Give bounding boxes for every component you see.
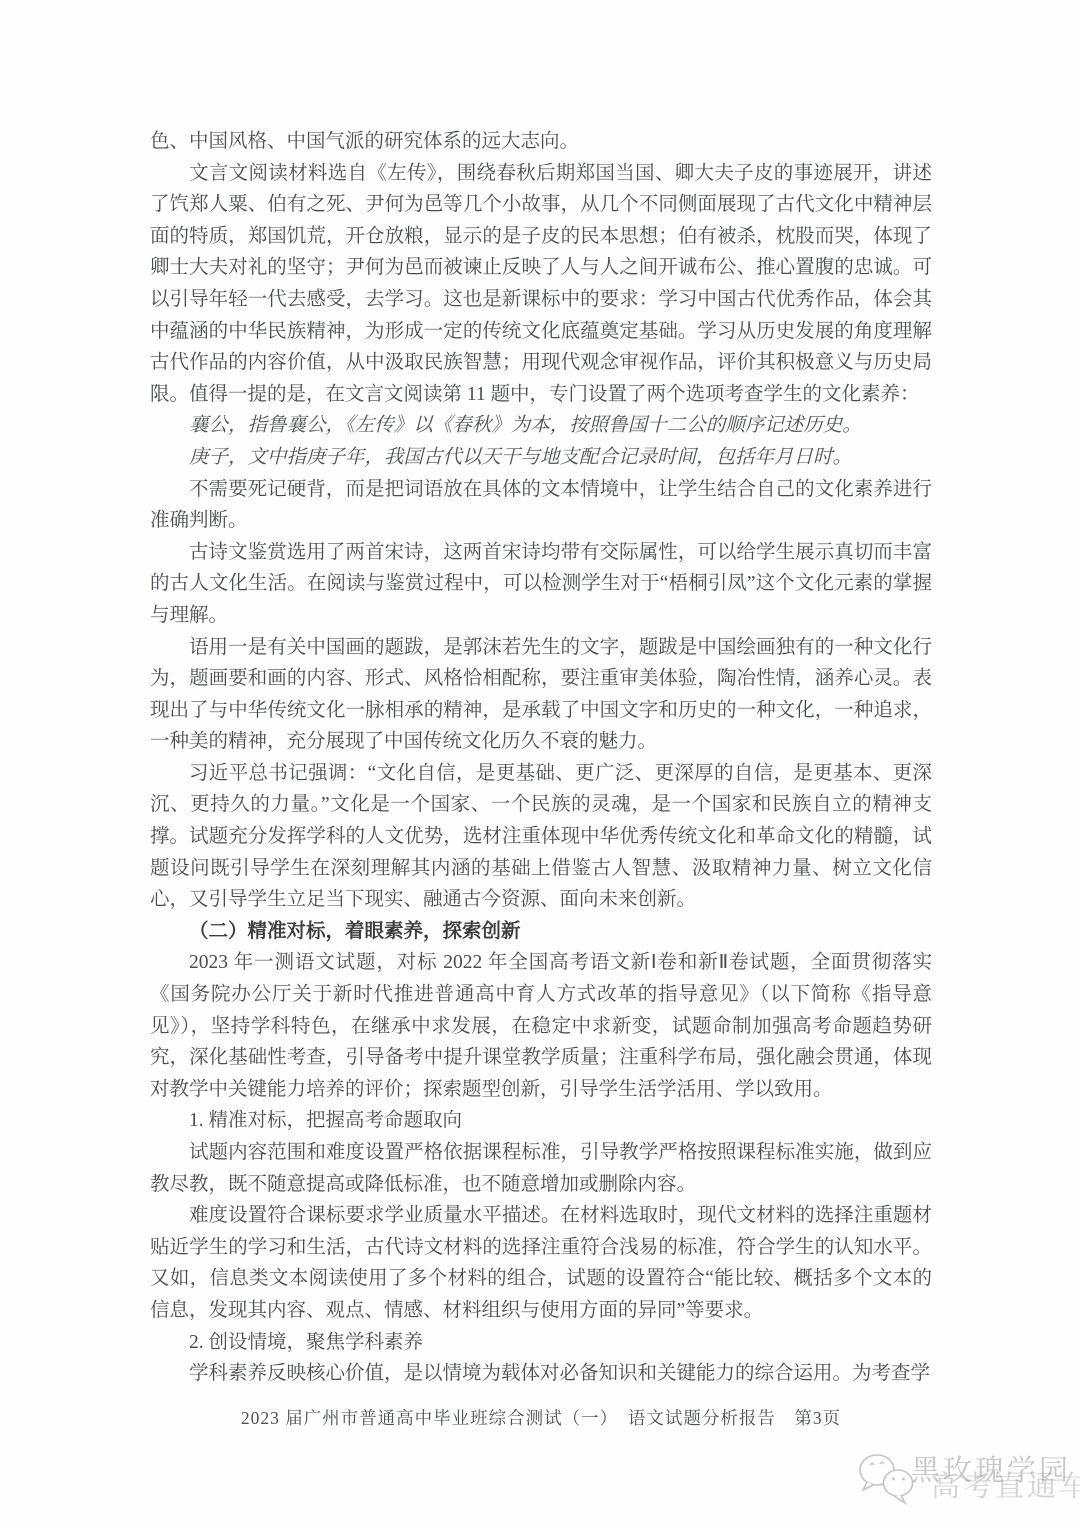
paragraph: 色、中国风格、中国气派的研究体系的远大志向。 — [150, 126, 932, 158]
watermark-text-2: 高考直通车 — [931, 1464, 1080, 1505]
paragraph: 习近平总书记强调：“文化自信，是更基础、更广泛、更深厚的自信，是更基本、更深沉、… — [150, 758, 932, 916]
paragraph: 文言文阅读材料选自《左传》，围绕春秋后期郑国当国、卿大夫子皮的事迹展开，讲述了饩… — [150, 158, 932, 411]
paragraph: 语用一是有关中国画的题跋，是郭沫若先生的文字，题跋是中国绘画独有的一种文化行为，… — [150, 632, 932, 758]
paragraph: 1. 精准对标，把握高考命题取向 — [150, 1105, 932, 1137]
paragraph: 不需要死记硬背，而是把词语放在具体的文本情境中，让学生结合自己的文化素养进行准确… — [150, 474, 932, 537]
paragraph: 2. 创设情境，聚焦学科素养 — [150, 1327, 932, 1359]
document-page: 色、中国风格、中国气派的研究体系的远大志向。文言文阅读材料选自《左传》，围绕春秋… — [0, 0, 1080, 1527]
paragraph: 2023 年一测语文试题，对标 2022 年全国高考语文新Ⅰ卷和新Ⅱ卷试题，全面… — [150, 947, 932, 1105]
wechat-logo-icon — [857, 1448, 919, 1508]
document-body: 色、中国风格、中国气派的研究体系的远大志向。文言文阅读材料选自《左传》，围绕春秋… — [150, 126, 932, 1390]
page-footer: 2023 届广州市普通高中毕业班综合测试（一） 语文试题分析报告 第3页 — [150, 1405, 932, 1430]
paragraph: 试题内容范围和难度设置严格依据课程标准，引导教学严格按照课程标准实施，做到应教尽… — [150, 1137, 932, 1200]
paragraph: 古诗文鉴赏选用了两首宋诗，这两首宋诗均带有交际属性，可以给学生展示真切而丰富的古… — [150, 537, 932, 632]
paragraph: 庚子，文中指庚子年，我国古代以天干与地支配合记录时间，包括年月日时。 — [150, 442, 932, 474]
watermark: 黑玫瑰学园 高考直通车 — [855, 1438, 1080, 1523]
watermark-text-1: 黑玫瑰学园 — [911, 1448, 1071, 1489]
paragraph: 难度设置符合课标要求学业质量水平描述。在材料选取时，现代文材料的选择注重题材贴近… — [150, 1200, 932, 1326]
paragraph: 襄公，指鲁襄公，《左传》以《春秋》为本，按照鲁国十二公的顺序记述历史。 — [150, 410, 932, 442]
paragraph: 学科素养反映核心价值，是以情境为载体对必备知识和关键能力的综合运用。为考查学 — [150, 1358, 932, 1390]
section-heading: （二）精准对标，着眼素养，探索创新 — [150, 916, 932, 948]
